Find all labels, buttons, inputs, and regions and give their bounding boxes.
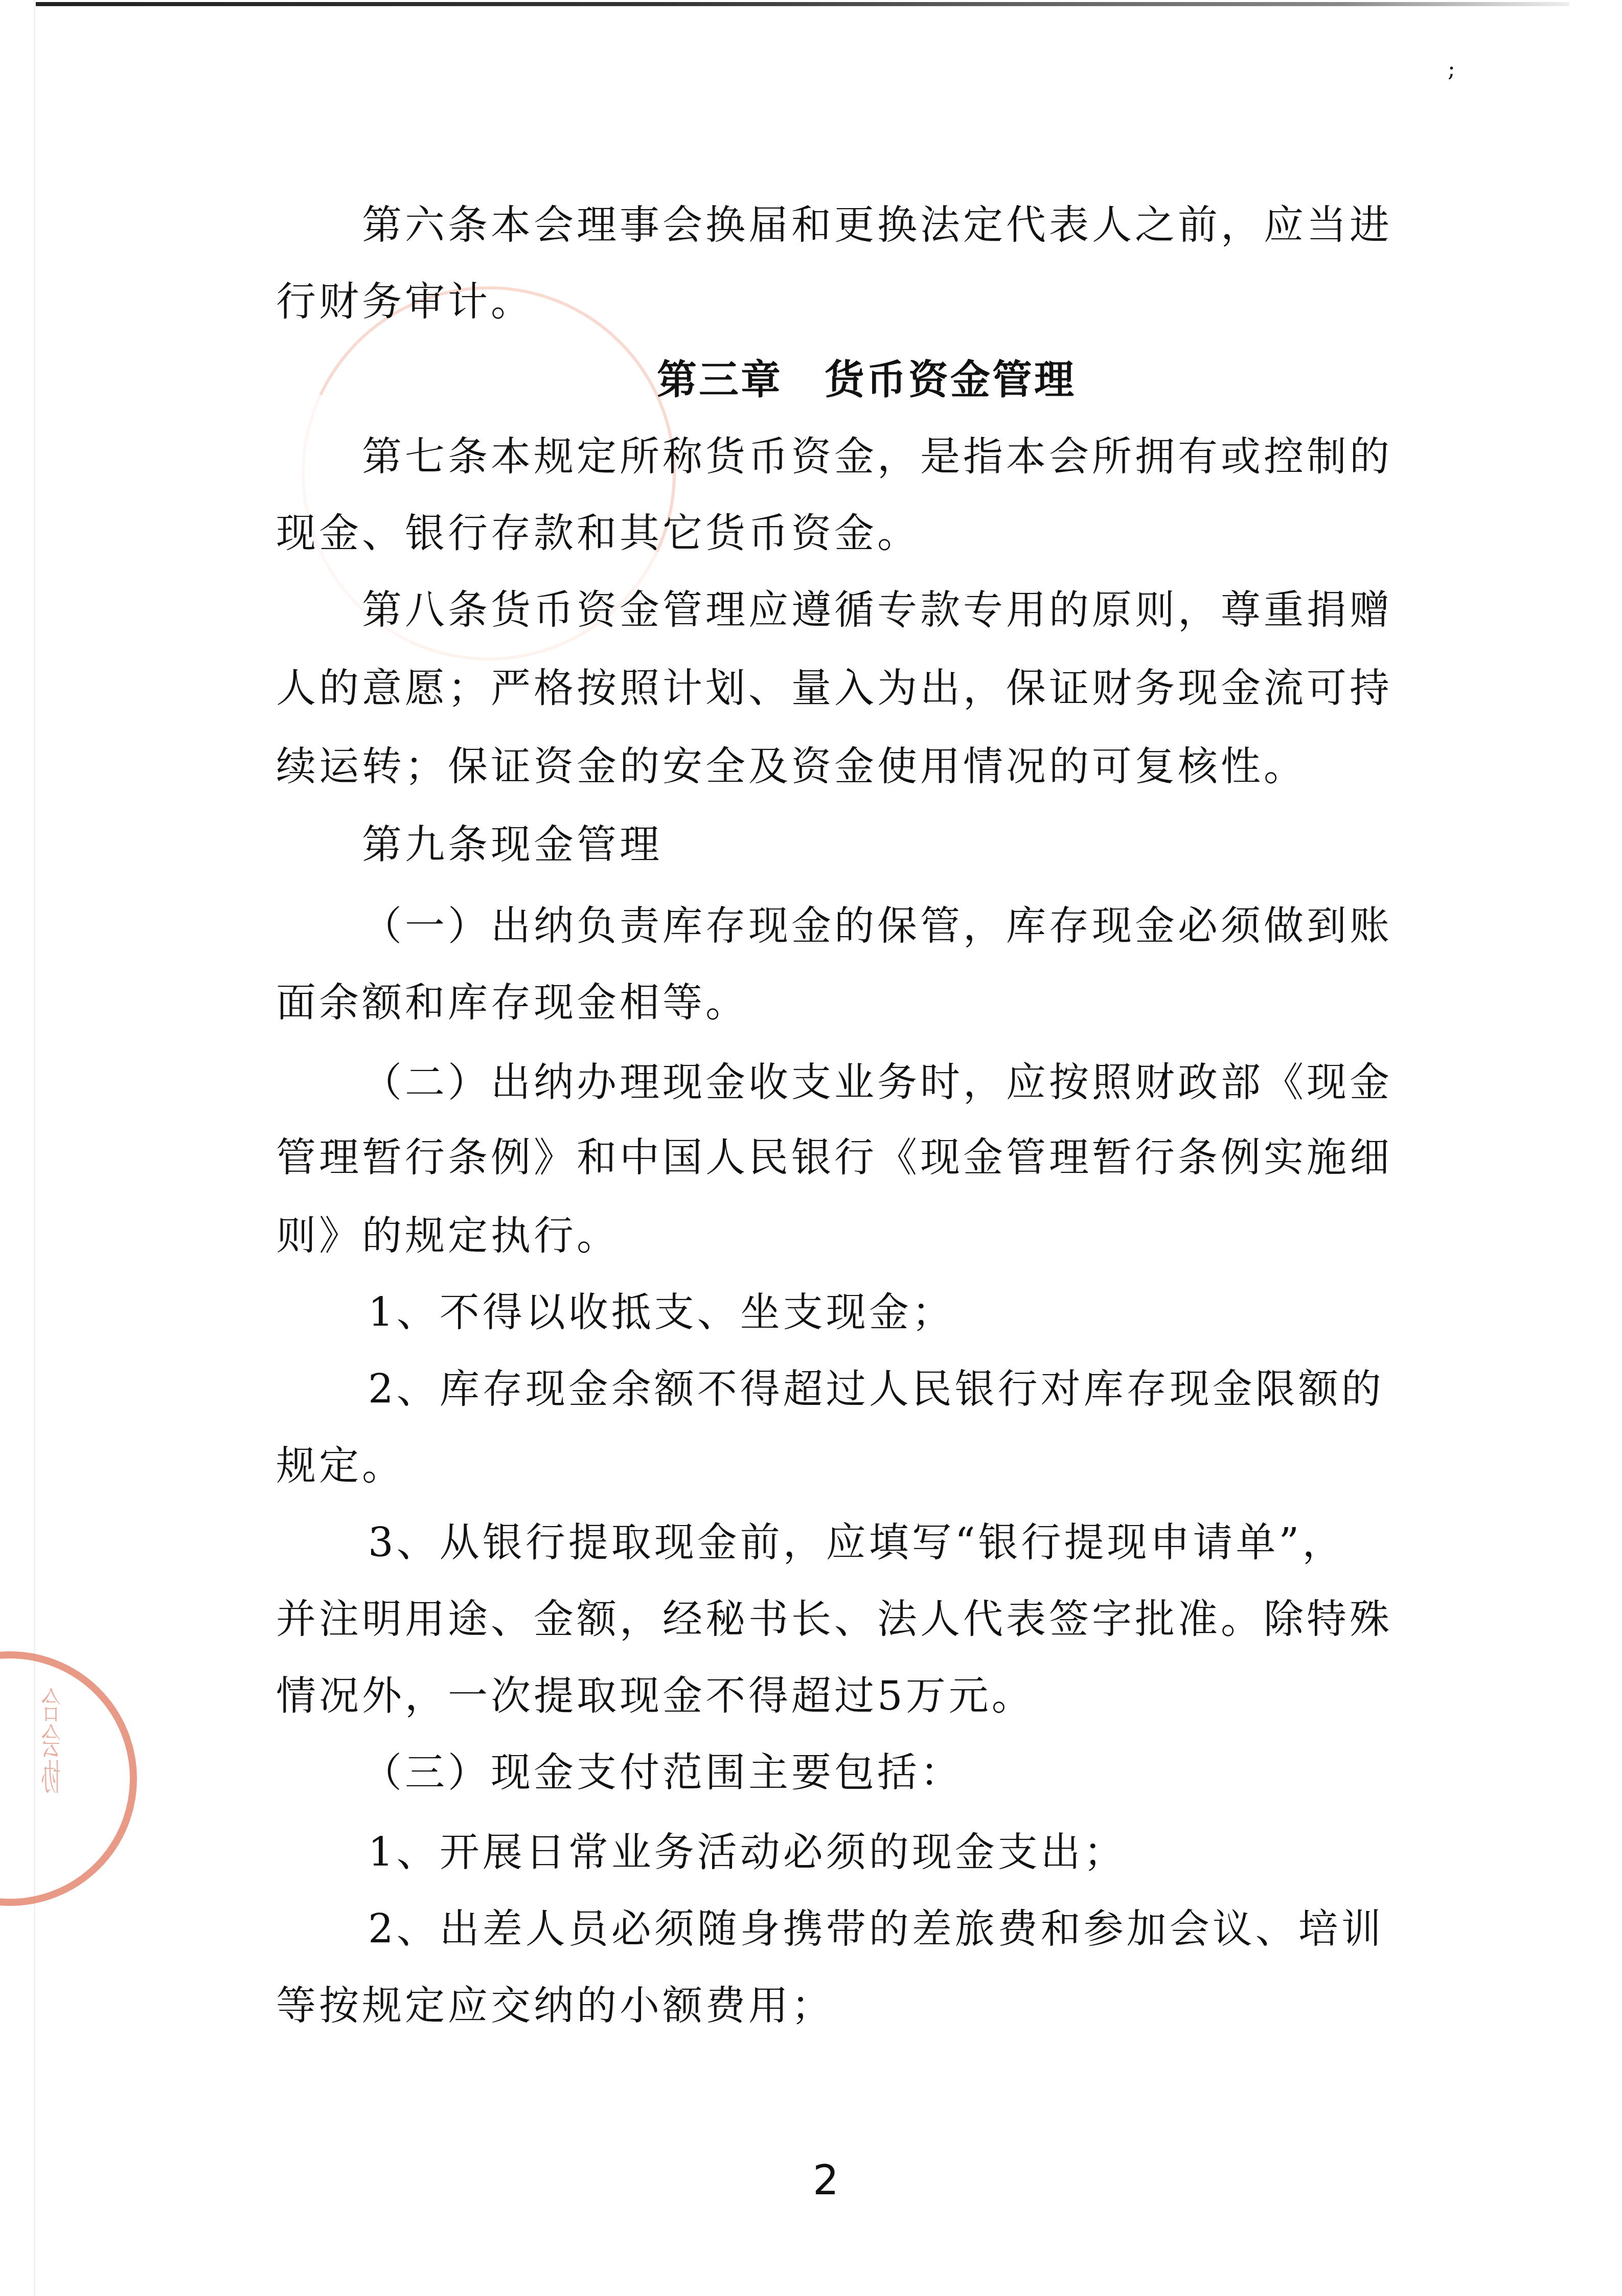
text-line: 1、不得以收抵支、坐支现金；	[368, 1287, 955, 1338]
text-line: 管理暂行条例》和中国人民银行《现金管理暂行条例实施细	[276, 1132, 1392, 1184]
corner-mark: ;	[1448, 56, 1455, 82]
page-number: 2	[813, 2155, 839, 2206]
text-line: 第八条货币资金管理应遵循专款专用的原则，尊重捐赠	[362, 585, 1392, 636]
text-line: 第九条现金管理	[362, 820, 662, 871]
text-line: 2、库存现金余额不得超过人民银行对库存现金限额的	[368, 1364, 1384, 1415]
scan-left-edge	[34, 0, 35, 2296]
text-line: 规定。	[276, 1441, 405, 1492]
seal-stamp-edge	[0, 1651, 137, 1906]
text-line: 人的意愿；严格按照计划、量入为出，保证财务现金流可持	[276, 663, 1392, 714]
chapter-heading: 第三章 货币资金管理	[657, 355, 1076, 406]
text-line: 则》的规定执行。	[276, 1211, 620, 1262]
text-line: 第六条本会理事会换届和更换法定代表人之前，应当进	[362, 200, 1392, 251]
text-line: （一）出纳负责库存现金的保管，库存现金必须做到账	[362, 901, 1392, 952]
text-line: （三）现金支付范围主要包括：	[362, 1747, 963, 1799]
scan-top-edge	[36, 2, 1569, 6]
text-line: 2、出差人员必须随身携带的差旅费和参加会议、培训	[368, 1904, 1384, 1955]
text-line: 等按规定应交纳的小额费用；	[276, 1981, 834, 2032]
text-line: 并注明用途、金额，经秘书长、法人代表签字批准。除特殊	[276, 1594, 1392, 1645]
text-line: 行财务审计。	[276, 277, 534, 328]
text-line: 3、从银行提取现金前，应填写“银行提现申请单”，	[368, 1517, 1345, 1568]
text-line: 第七条本规定所称货币资金，是指本会所拥有或控制的	[362, 431, 1392, 483]
text-line: 情况外，一次提取现金不得超过5万元。	[276, 1671, 1035, 1722]
text-line: 续运转；保证资金的安全及资金使用情况的可复核性。	[276, 741, 1307, 792]
text-line: 现金、银行存款和其它货币资金。	[276, 508, 920, 559]
seal-stamp-text: 合会协	[40, 1687, 62, 1794]
text-line: 1、开展日常业务活动必须的现金支出；	[368, 1827, 1127, 1878]
text-line: 面余额和库存现金相等。	[276, 977, 748, 1029]
text-line: （二）出纳办理现金收支业务时，应按照财政部《现金	[362, 1057, 1392, 1108]
